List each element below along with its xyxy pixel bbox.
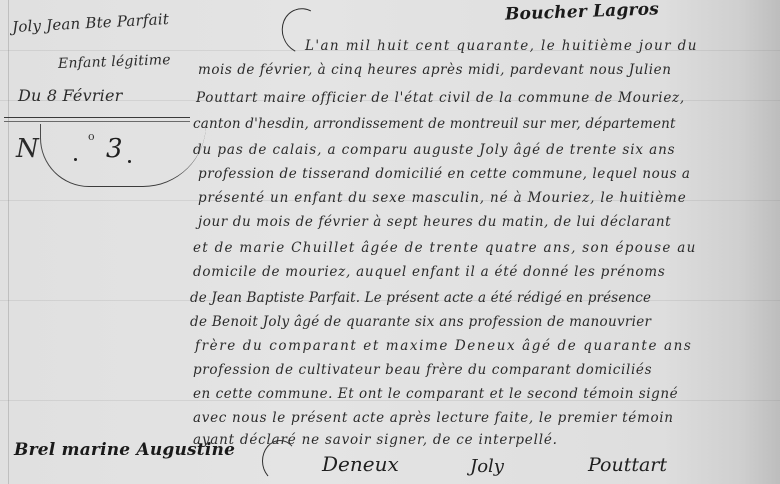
signature-joly: Joly: [470, 456, 504, 477]
margin-divider: [4, 117, 190, 118]
body-line: L'an mil huit cent quarante, le huitième…: [305, 38, 698, 54]
body-line: jour du mois de février à sept heures du…: [198, 214, 671, 230]
body-line: du pas de calais, a comparu auguste Joly…: [193, 142, 676, 158]
body-line: Pouttart maire officier de l'état civil …: [196, 90, 685, 106]
number-flourish: [40, 124, 206, 187]
body-line: en cette commune. Et ont le comparant et…: [193, 386, 678, 402]
margin-rule: [8, 0, 9, 484]
record-number: N o 3: [10, 124, 190, 194]
signature-pouttart: Pouttart: [588, 454, 667, 476]
record-number-value: 3: [106, 134, 123, 164]
body-line: domicile de mouriez, auquel enfant il a …: [193, 264, 666, 280]
body-line: mois de février, à cinq heures après mid…: [198, 62, 671, 78]
margin-name: Joly Jean Bte Parfait: [12, 10, 170, 36]
number-prefix: N: [16, 134, 39, 164]
body-line: ayant déclaré ne savoir signer, de ce in…: [193, 432, 558, 448]
body-line: frère du comparant et maxime Deneux âgé …: [195, 338, 692, 354]
signature-deneux: Deneux: [322, 452, 399, 476]
body-line: présenté un enfant du sexe masculin, né …: [198, 190, 687, 206]
paraph-flourish: [262, 440, 298, 482]
body-line: profession de tisserand domicilié en cet…: [198, 166, 691, 182]
top-annotation: Boucher Lagros: [505, 0, 660, 25]
body-line: de Jean Baptiste Parfait. Le présent act…: [190, 290, 651, 306]
margin-status: Enfant légitime: [58, 52, 171, 72]
body-line: avec nous le présent acte après lecture …: [193, 410, 674, 426]
document-page: Joly Jean Bte Parfait Enfant légitime Du…: [0, 0, 780, 484]
margin-divider: [4, 121, 190, 122]
body-line: profession de cultivateur beau frère du …: [193, 362, 652, 378]
dot: [128, 160, 131, 163]
body-line: de Benoit Joly âgé de quarante six ans p…: [190, 314, 651, 330]
margin-date: Du 8 Février: [18, 86, 123, 105]
dot: [74, 158, 77, 161]
body-line: canton d'hesdin, arrondissement de montr…: [193, 116, 676, 132]
number-superscript: o: [88, 130, 95, 143]
body-line: et de marie Chuillet âgée de trente quat…: [193, 240, 697, 256]
